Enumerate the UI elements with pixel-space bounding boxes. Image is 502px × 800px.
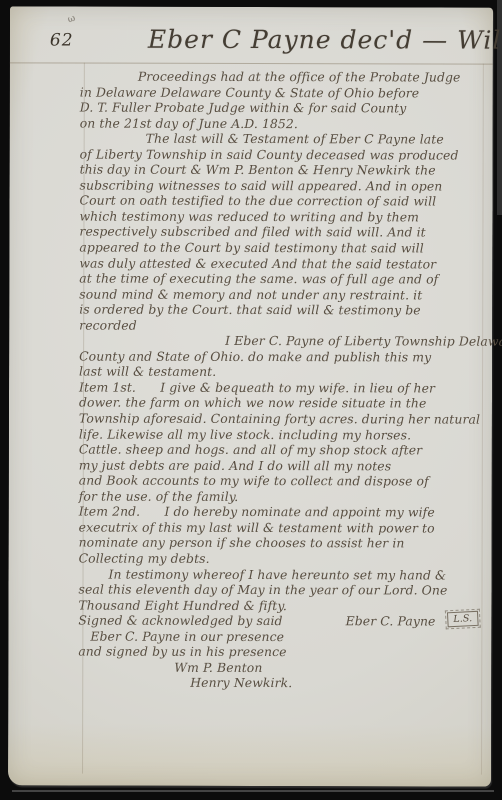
page-bottom-edge [12,790,494,792]
text-line: appeared to the Court by said testimony … [79,240,483,257]
text-line: in Delaware Delaware County & State of O… [80,84,484,101]
text-line: Henry Newkirk. [78,675,482,692]
attestation-lines: Eber C. Payne in our presenceand signed … [78,628,482,691]
will-body-lines: Proceedings had at the office of the Pro… [78,69,483,614]
text-line: Proceedings had at the office of the Pro… [80,69,484,86]
text-line: and Book accounts to my wife to collect … [79,473,483,490]
text-line: Wm P. Benton [78,659,482,676]
text-line: nominate any person if she chooses to as… [79,535,483,552]
text-line: which testimony was reduced to writing a… [79,208,483,225]
text-line: sound mind & memory and not under any re… [79,286,483,303]
text-line: County and State of Ohio. do make and pu… [79,348,483,365]
document-page: 62 ω Eber C Payne dec'd — Will of &c Pro… [8,6,493,786]
ink-smudge-icon: ω [67,14,77,26]
text-line: The last will & Testament of Eber C Payn… [80,131,484,148]
text-line: life. Likewise all my live stock. includ… [79,426,483,443]
text-line: at the time of executing the same. was o… [79,271,483,288]
signature-group: Eber C. Payne L.S. [346,613,479,629]
text-line: Eber C. Payne in our presence [78,628,482,645]
text-line: was duly attested & executed And that th… [79,255,483,272]
text-line: Thousand Eight Hundred & fifty. [78,597,482,614]
text-line: Cattle. sheep and hogs. and all of my sh… [79,442,483,459]
text-line: Court on oath testified to the due corre… [79,193,483,210]
text-line: seal this eleventh day of May in the yea… [78,582,482,599]
text-line: on the 21st day of June A.D. 1852. [80,115,484,132]
text-line: this day in Court & Wm P. Benton & Henry… [80,162,484,179]
text-line: Township aforesaid. Containing forty acr… [79,411,483,428]
text-line: dower. the farm on which we now reside s… [79,395,483,412]
signature-attest-label: Signed & acknowledged by said [78,613,282,629]
page-number: 62 [50,30,74,50]
text-line: of Liberty Township in said County decea… [80,146,484,163]
header-rule [10,62,493,64]
text-line: D. T. Fuller Probate Judge within & for … [80,100,484,117]
scanned-page-photo: 62 ω Eber C Payne dec'd — Will of &c Pro… [0,0,502,800]
testator-signature: Eber C. Payne [346,613,436,629]
will-record-text: Proceedings had at the office of the Pro… [78,69,484,692]
page-header-title: Eber C Payne dec'd — Will of &c [148,25,502,55]
text-line: subscribing witnesses to said will appea… [80,177,484,194]
text-line: last will & testament. [79,364,483,381]
text-line: Item 2nd. I do hereby nominate and appoi… [79,504,483,521]
text-line: recorded [79,317,483,334]
text-line: Collecting my debts. [79,551,483,568]
text-line: Item 1st. I give & bequeath to my wife. … [79,379,483,396]
text-line: my just debts are paid. And I do will al… [79,457,483,474]
text-line: respectively subscribed and filed with s… [79,224,483,241]
text-line: executrix of this my last will & testame… [79,519,483,536]
text-line: In testimony whereof I have hereunto set… [79,566,483,583]
text-line: and signed by us in his presence [78,644,482,661]
signature-row: Signed & acknowledged by said Eber C. Pa… [78,613,482,630]
text-line: for the use. of the family. [79,488,483,505]
text-line: I Eber C. Payne of Liberty Township Dela… [79,333,483,350]
text-line: is ordered by the Court. that said will … [79,302,483,319]
seal-stamp: L.S. [447,611,479,628]
